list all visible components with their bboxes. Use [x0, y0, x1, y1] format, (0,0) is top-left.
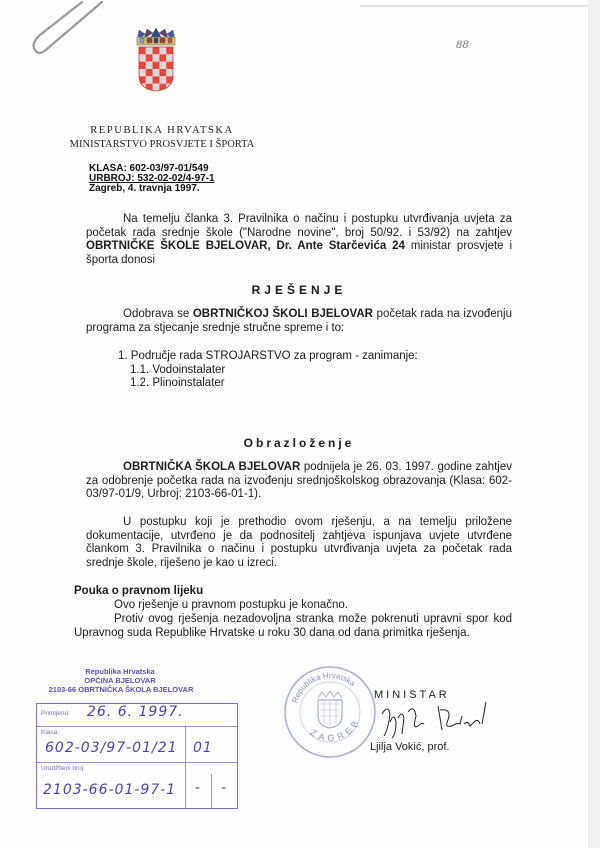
urbroj-value: 2103-66-01-97-1 — [43, 782, 176, 798]
decision-paragraph: Odobrava se OBRTNIČKOJ ŠKOLI BJELOVAR po… — [86, 308, 512, 335]
urbroj-label: Urudžbeni broj: — [41, 765, 85, 772]
program-item: 1.2. Plinoinstalater — [118, 377, 418, 391]
legal-remedy-line-2: Protiv ovog rješenja nezadovoljna strank… — [74, 613, 512, 640]
legal-remedy-text: Protiv ovog rješenja nezadovoljna strank… — [74, 613, 512, 639]
program-item: 1.1. Vodoinstalater — [118, 364, 418, 378]
handwritten-signature — [378, 700, 494, 740]
program-area: 1. Područje rada STROJARSTVO za program … — [118, 350, 418, 364]
reasoning-paragraph-2: U postupku koji je prethodio ovom rješen… — [86, 516, 512, 570]
value-value: - — [221, 780, 227, 796]
school-name: OBRTNIČKOJ ŠKOLI BJELOVAR — [193, 308, 373, 320]
stamp-divider — [37, 762, 237, 763]
signer-name: Ljilja Vokić, prof. — [370, 741, 449, 753]
reasoning-title: Obrazloženje — [86, 436, 512, 450]
decision-title: RJEŠENJE — [86, 283, 512, 297]
intro-paragraph: Na temelju članka 3. Pravilnika o načinu… — [86, 213, 512, 267]
official-seal: Republika Hrvatska ZAGREB — [282, 664, 378, 760]
received-label: Primljeno: — [41, 710, 70, 717]
stamp-country: Republika Hrvatska — [40, 667, 200, 676]
country-name: REPUBLIKA HRVATSKA — [62, 124, 262, 138]
stamp-divider — [37, 726, 237, 727]
page-edge — [360, 5, 600, 7]
org-unit-value: 01 — [193, 740, 213, 756]
stamp-municipality: OPĆINA BJELOVAR — [40, 676, 200, 685]
svg-text:ZAGREB: ZAGREB — [309, 716, 363, 744]
stamp-divider — [185, 726, 186, 808]
intro-text: Na temelju članka 3. Pravilnika o načinu… — [86, 213, 512, 239]
paperclip-icon — [30, 0, 110, 60]
page-number: 88 — [456, 40, 469, 51]
decision-text: Odobrava se — [123, 308, 193, 320]
reference-block: KLASA: 602-03/97-01/549 URBROJ: 532-02-0… — [89, 164, 215, 194]
page-edge — [588, 0, 600, 848]
stamp-school: 2103-66 OBRTNIČKA ŠKOLA BJELOVAR — [26, 685, 216, 694]
reasoning-paragraph-1: OBRTNIČKA ŠKOLA BJELOVAR podnijela je 26… — [86, 461, 512, 502]
stamp-divider — [211, 774, 212, 808]
school-name: OBRTNIČKA ŠKOLA BJELOVAR — [123, 461, 300, 473]
receipt-stamp-header: Republika Hrvatska OPĆINA BJELOVAR 2103-… — [40, 667, 200, 694]
klasa-label: Klasa: — [41, 729, 59, 736]
reasoning-text: U postupku koji je prethodio ovom rješen… — [86, 516, 512, 569]
ministry-name: MINISTARSTVO PROSVJETE I ŠPORTA — [62, 138, 262, 152]
attachments-value: - — [195, 780, 201, 796]
document-page: 88 REPUBLIKA HRVATSKA MINISTARSTVO PROSV… — [0, 0, 600, 848]
program-list: 1. Područje rada STROJARSTVO za program … — [118, 350, 418, 391]
letterhead: REPUBLIKA HRVATSKA MINISTARSTVO PROSVJET… — [62, 124, 262, 152]
legal-remedy-text: Ovo rješenje u pravnom postupku je konač… — [114, 599, 348, 611]
coat-of-arms-icon — [135, 28, 177, 92]
school-name-address: OBRTNIČKE ŠKOLE BJELOVAR, Dr. Ante Starč… — [86, 240, 405, 252]
receipt-stamp: Primljeno: 26. 6. 1997. Klasa: 602-03/97… — [36, 703, 238, 809]
klasa-value: 602-03/97-01/21 — [45, 740, 178, 756]
legal-remedy-title: Pouka o pravnom lijeku — [74, 585, 203, 597]
place-date: Zagreb, 4. travnja 1997. — [89, 184, 215, 194]
legal-remedy-line-1: Ovo rješenje u pravnom postupku je konač… — [74, 599, 512, 613]
received-date: 26. 6. 1997. — [87, 704, 184, 720]
